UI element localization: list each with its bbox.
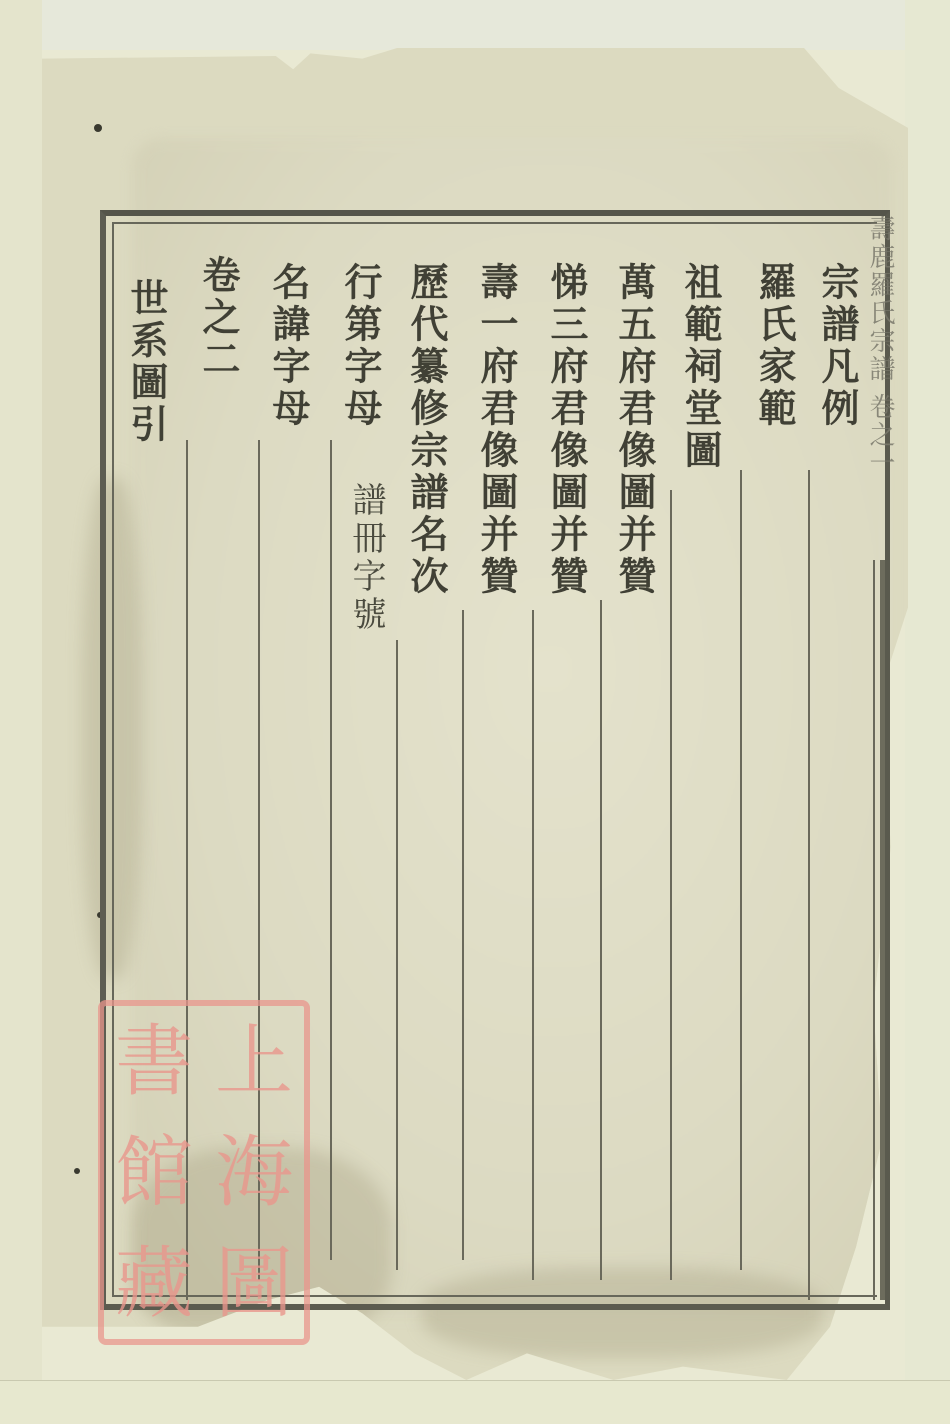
banxin-title-text: 壽鹿羅氏宗譜 [865, 215, 895, 383]
toc-entry: 羅氏家範 [752, 262, 796, 430]
banxin-title: 壽鹿羅氏宗譜 卷之一 [865, 215, 895, 477]
scan-backdrop-right [905, 0, 950, 1424]
seal-char: 海 [215, 1134, 293, 1212]
column-rule [600, 600, 602, 1280]
toc-entry-note: 譜冊字號 [346, 482, 386, 634]
column-rule [670, 490, 672, 1280]
banxin-volume-text: 卷之一 [865, 393, 895, 477]
scan-backdrop-left [0, 0, 42, 1424]
column-rule [808, 470, 810, 1300]
toc-entry: 世系圖引 [124, 278, 168, 446]
seal-char: 書 [115, 1023, 193, 1101]
seal-char: 圖 [215, 1245, 293, 1323]
column-rule [532, 610, 534, 1280]
banxin-border [880, 560, 885, 1300]
toc-entry: 悌三府君像圖并贊 [544, 262, 588, 598]
seal-char: 館 [115, 1134, 193, 1212]
column-rule [740, 470, 742, 1270]
seal-char: 上 [215, 1023, 293, 1101]
worm-hole [74, 1168, 80, 1174]
banxin-inner-line [873, 560, 875, 1300]
seal-char: 藏 [115, 1245, 193, 1323]
scan-backdrop-top [0, 0, 950, 50]
toc-entry: 歷代纂修宗譜名次 [404, 262, 448, 598]
scan-backdrop-bottom [0, 1380, 950, 1424]
toc-entry: 萬五府君像圖并贊 [612, 262, 656, 598]
toc-entry: 行第字母 [338, 262, 382, 430]
library-seal-stamp: 上 海 圖 書 館 藏 [98, 1000, 310, 1345]
toc-entry: 祖範祠堂圖 [678, 262, 722, 472]
toc-entry: 壽一府君像圖并贊 [474, 262, 518, 598]
column-rule [462, 610, 464, 1260]
toc-entry: 名諱字母 [266, 262, 310, 430]
worm-hole [94, 124, 102, 132]
toc-volume-heading: 卷之二 [196, 255, 240, 381]
toc-entry: 宗譜凡例 [815, 262, 859, 430]
column-rule [396, 640, 398, 1270]
column-rule [330, 440, 332, 1260]
